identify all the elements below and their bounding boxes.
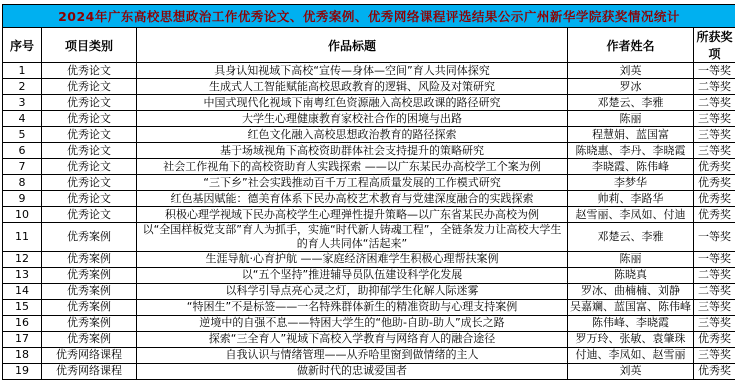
page: { "title": "2024年广东高校思想政治工作优秀论文、优秀案例、优秀网…	[0, 0, 735, 382]
table-row: 4 优秀论文 大学生心理健康教育家校社合作的困境与出路 陈丽 三等奖	[3, 111, 735, 127]
cell-authors: 李梦华	[568, 175, 694, 191]
cell-award: 二等奖	[694, 267, 735, 283]
cell-authors: 吴嘉斓、蓝国富、陈伟峰	[568, 299, 694, 315]
cell-award: 优秀奖	[694, 159, 735, 175]
cell-title: “特困生”不是标签——一名特殊群体新生的精准资助与心理支持案例	[137, 299, 568, 315]
cell-title: 探索“三全育人”视域下高校入学教育与网络育人的融合途径	[137, 331, 568, 347]
column-header-row: 序号 项目类别 作品标题 作者姓名 所获奖项	[3, 28, 735, 63]
cell-title: 以“五个坚持”推进辅导员队伍建设科学化发展	[137, 267, 568, 283]
cell-title: 做新时代的忠诚爱国者	[137, 363, 568, 379]
cell-authors: 李晓霞、陈伟峰	[568, 159, 694, 175]
cell-no: 14	[3, 283, 42, 299]
cell-authors: 刘英	[568, 63, 694, 79]
table-row: 15 优秀案例 “特困生”不是标签——一名特殊群体新生的精准资助与心理支持案例 …	[3, 299, 735, 315]
table-row: 6 优秀论文 基于场域视角下高校资助群体社会支持提升的策略研究 陈晓惠、李丹、李…	[3, 143, 735, 159]
cell-authors: 陈丽	[568, 251, 694, 267]
table-row: 16 优秀案例 逆境中的自强不息——特困大学生的“他助-自助-助人”成长之路 陈…	[3, 315, 735, 331]
cell-no: 1	[3, 63, 42, 79]
cell-award: 三等奖	[694, 347, 735, 363]
cell-category: 优秀论文	[42, 207, 137, 223]
column-header-award: 所获奖项	[694, 28, 735, 63]
cell-no: 12	[3, 251, 42, 267]
cell-category: 优秀网络课程	[42, 363, 137, 379]
cell-category: 优秀案例	[42, 331, 137, 347]
cell-title: 中国式现代化视域下南粤红色资源融入高校思政课的路径研究	[137, 95, 568, 111]
column-header-authors: 作者姓名	[568, 28, 694, 63]
table-row: 12 优秀案例 生涯导航·心育护航 ——家庭经济困难学生积极心理帮扶案例 陈丽 …	[3, 251, 735, 267]
cell-authors: 付迪、李凤如、赵雪丽	[568, 347, 694, 363]
table-row: 9 优秀论文 红色基因赋能：德美育体系下民办高校艺术教育与党建深度融合的实践探索…	[3, 191, 735, 207]
cell-category: 优秀论文	[42, 191, 137, 207]
table-head: 2024年广东高校思想政治工作优秀论文、优秀案例、优秀网络课程评选结果公示广州新…	[3, 5, 735, 63]
table-row: 1 优秀论文 具身认知视域下高校“宣传—身体—空间”育人共同体探究 刘英 一等奖	[3, 63, 735, 79]
cell-title: 以科学引导点亮心灵之灯，助抑郁学生化解人际迷雾	[137, 283, 568, 299]
cell-title: 逆境中的自强不息——特困大学生的“他助-自助-助人”成长之路	[137, 315, 568, 331]
cell-authors: 邓楚云、李雅	[568, 223, 694, 252]
table-row: 5 优秀论文 红色文化融入高校思想政治教育的路径探索 程慧娟、蓝国富 三等奖	[3, 127, 735, 143]
cell-award: 二等奖	[694, 79, 735, 95]
cell-no: 2	[3, 79, 42, 95]
table-row: 7 优秀论文 社会工作视角下的高校资助育人实践探索 ——以广东某民办高校学工个案…	[3, 159, 735, 175]
cell-award: 优秀奖	[694, 191, 735, 207]
table-row: 10 优秀论文 积极心理学视域下民办高校学生心理弹性提升策略—以广东省某民办高校…	[3, 207, 735, 223]
cell-authors: 陈晓惠、李丹、李晓霞	[568, 143, 694, 159]
cell-award: 一等奖	[694, 251, 735, 267]
cell-award: 二等奖	[694, 283, 735, 299]
cell-no: 5	[3, 127, 42, 143]
cell-title: 具身认知视域下高校“宣传—身体—空间”育人共同体探究	[137, 63, 568, 79]
cell-award: 三等奖	[694, 143, 735, 159]
cell-no: 16	[3, 315, 42, 331]
cell-authors: 刘英	[568, 363, 694, 379]
cell-title: 以“全国样板党支部”育人为抓手，实施“时代新人铸魂工程”，全链条发力让高校大学生…	[137, 223, 568, 252]
cell-award: 优秀奖	[694, 331, 735, 347]
cell-title: 积极心理学视域下民办高校学生心理弹性提升策略—以广东省某民办高校为例	[137, 207, 568, 223]
cell-award: 一等奖	[694, 223, 735, 252]
table-row: 8 优秀论文 “三下乡”社会实践推动百千万工程高质量发展的工作模式研究 李梦华 …	[3, 175, 735, 191]
cell-category: 优秀论文	[42, 79, 137, 95]
cell-category: 优秀案例	[42, 267, 137, 283]
cell-no: 19	[3, 363, 42, 379]
cell-no: 6	[3, 143, 42, 159]
page-title: 2024年广东高校思想政治工作优秀论文、优秀案例、优秀网络课程评选结果公示广州新…	[3, 5, 735, 28]
table-row: 2 优秀论文 生成式人工智能赋能高校思政教育的逻辑、风险及对策研究 罗冰 二等奖	[3, 79, 735, 95]
cell-category: 优秀案例	[42, 315, 137, 331]
cell-category: 优秀案例	[42, 283, 137, 299]
table-row: 3 优秀论文 中国式现代化视域下南粤红色资源融入高校思政课的路径研究 邓楚云、李…	[3, 95, 735, 111]
cell-title: 生成式人工智能赋能高校思政教育的逻辑、风险及对策研究	[137, 79, 568, 95]
table-row: 18 优秀网络课程 自我认识与情绪管理——从乔哈里窗到做情绪的主人 付迪、李凤如…	[3, 347, 735, 363]
table-title-row: 2024年广东高校思想政治工作优秀论文、优秀案例、优秀网络课程评选结果公示广州新…	[3, 5, 735, 28]
cell-authors: 程慧娟、蓝国富	[568, 127, 694, 143]
cell-category: 优秀论文	[42, 175, 137, 191]
cell-title: 社会工作视角下的高校资助育人实践探索 ——以广东某民办高校学工个案为例	[137, 159, 568, 175]
column-header-category: 项目类别	[42, 28, 137, 63]
table-row: 13 优秀案例 以“五个坚持”推进辅导员队伍建设科学化发展 陈晓真 二等奖	[3, 267, 735, 283]
table-row: 11 优秀案例 以“全国样板党支部”育人为抓手，实施“时代新人铸魂工程”，全链条…	[3, 223, 735, 252]
cell-category: 优秀案例	[42, 223, 137, 252]
column-header-no: 序号	[3, 28, 42, 63]
cell-award: 优秀奖	[694, 363, 735, 379]
cell-no: 15	[3, 299, 42, 315]
cell-category: 优秀论文	[42, 127, 137, 143]
cell-category: 优秀论文	[42, 95, 137, 111]
cell-award: 三等奖	[694, 315, 735, 331]
cell-award: 一等奖	[694, 63, 735, 79]
cell-authors: 罗冰	[568, 79, 694, 95]
cell-no: 9	[3, 191, 42, 207]
cell-award: 优秀奖	[694, 207, 735, 223]
cell-no: 18	[3, 347, 42, 363]
cell-title: 生涯导航·心育护航 ——家庭经济困难学生积极心理帮扶案例	[137, 251, 568, 267]
cell-title: 基于场域视角下高校资助群体社会支持提升的策略研究	[137, 143, 568, 159]
cell-award: 二等奖	[694, 95, 735, 111]
cell-category: 优秀论文	[42, 111, 137, 127]
cell-no: 8	[3, 175, 42, 191]
cell-no: 13	[3, 267, 42, 283]
cell-title: 红色文化融入高校思想政治教育的路径探索	[137, 127, 568, 143]
cell-authors: 帅莉、李路华	[568, 191, 694, 207]
cell-category: 优秀论文	[42, 143, 137, 159]
cell-title: 自我认识与情绪管理——从乔哈里窗到做情绪的主人	[137, 347, 568, 363]
cell-no: 10	[3, 207, 42, 223]
table-row: 19 优秀网络课程 做新时代的忠诚爱国者 刘英 优秀奖	[3, 363, 735, 379]
cell-category: 优秀案例	[42, 299, 137, 315]
cell-no: 4	[3, 111, 42, 127]
cell-no: 7	[3, 159, 42, 175]
cell-category: 优秀论文	[42, 159, 137, 175]
cell-title: 大学生心理健康教育家校社合作的困境与出路	[137, 111, 568, 127]
table-body: 1 优秀论文 具身认知视域下高校“宣传—身体—空间”育人共同体探究 刘英 一等奖…	[3, 63, 735, 380]
cell-award: 三等奖	[694, 299, 735, 315]
table-row: 14 优秀案例 以科学引导点亮心灵之灯，助抑郁学生化解人际迷雾 罗冰、曲楠楠、刘…	[3, 283, 735, 299]
cell-authors: 罗冰、曲楠楠、刘静	[568, 283, 694, 299]
cell-category: 优秀网络课程	[42, 347, 137, 363]
cell-category: 优秀案例	[42, 251, 137, 267]
cell-no: 17	[3, 331, 42, 347]
cell-award: 三等奖	[694, 127, 735, 143]
cell-award: 优秀奖	[694, 175, 735, 191]
cell-authors: 陈晓真	[568, 267, 694, 283]
cell-authors: 陈伟峰、李晓霞	[568, 315, 694, 331]
cell-authors: 罗万玲、张敏、袁肇珠	[568, 331, 694, 347]
table-row: 17 优秀案例 探索“三全育人”视域下高校入学教育与网络育人的融合途径 罗万玲、…	[3, 331, 735, 347]
cell-authors: 邓楚云、李雅	[568, 95, 694, 111]
cell-no: 3	[3, 95, 42, 111]
cell-authors: 赵雪丽、李凤如、付迪	[568, 207, 694, 223]
cell-authors: 陈丽	[568, 111, 694, 127]
cell-no: 11	[3, 223, 42, 252]
column-header-title: 作品标题	[137, 28, 568, 63]
cell-title: “三下乡”社会实践推动百千万工程高质量发展的工作模式研究	[137, 175, 568, 191]
cell-category: 优秀论文	[42, 63, 137, 79]
awards-table: 2024年广东高校思想政治工作优秀论文、优秀案例、优秀网络课程评选结果公示广州新…	[2, 4, 735, 380]
cell-title: 红色基因赋能：德美育体系下民办高校艺术教育与党建深度融合的实践探索	[137, 191, 568, 207]
cell-award: 三等奖	[694, 111, 735, 127]
